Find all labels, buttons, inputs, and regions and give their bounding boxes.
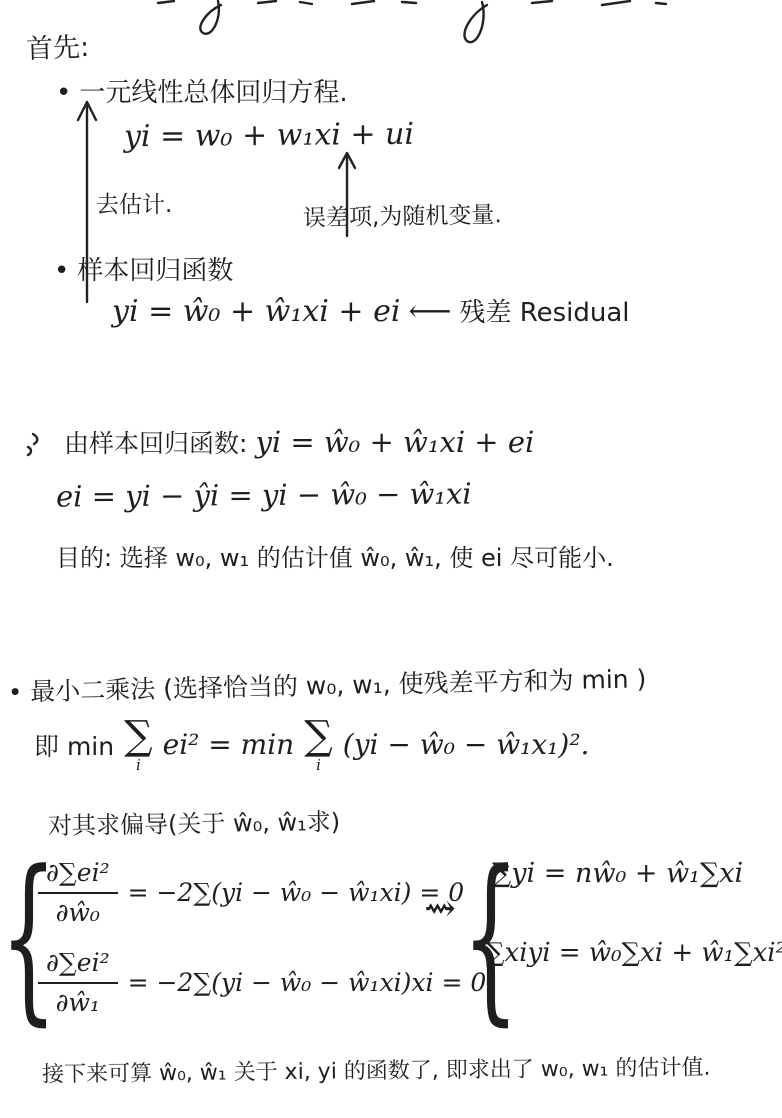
least-squares-heading: • 最小二乘法 (选择恰当的 w₀, w₁, 使残差平方和为 min )	[8, 659, 647, 708]
closing-remark: 接下来可算 ŵ₀, ŵ₁ 关于 xi, yi 的函数了, 即求出了 w₀, w₁…	[42, 1051, 711, 1089]
sigma-index: i	[136, 758, 141, 773]
section1-title: 一元线性总体回归方程.	[79, 72, 347, 109]
left-arrow-icon: ⟵	[408, 294, 451, 329]
min-tail: (yi − ŵ₀ − ŵ₁x₁)².	[343, 728, 590, 761]
fraction-numerator: ∂∑ei²	[38, 858, 118, 894]
cutoff-cursive-handwriting	[140, 0, 680, 50]
fraction-dw0: ∂∑ei² ∂ŵ₀	[38, 858, 118, 927]
section2-heading: • 样本回归函数	[54, 250, 233, 287]
residual-label: 残差 Residual	[459, 292, 629, 329]
normal-equation-2: ∑xiyi = ŵ₀∑xi + ŵ₁∑xi²	[486, 938, 782, 968]
min-prefix: 即 min	[34, 727, 114, 763]
sample-regression-equation: yi = ŵ₀ + ŵ₁xi + ei	[112, 294, 400, 329]
notes-page: 首先: • 一元线性总体回归方程. yi = w₀ + w₁xi + ui 去估…	[0, 0, 782, 1118]
partial-eq-w0-rhs: = −2∑(yi − ŵ₀ − ŵ₁xi) = 0	[128, 878, 465, 907]
population-regression-equation: yi = w₀ + w₁xi + ui	[124, 117, 414, 155]
fraction-dw1: ∂∑ei² ∂ŵ₁	[38, 948, 118, 1017]
partial-derivative-note: 对其求偏导(关于 ŵ₀, ŵ₁求)	[48, 802, 341, 841]
least-squares-title: 最小二乘法 (选择恰当的 w₀, w₁, 使残差平方和为 min )	[30, 659, 647, 708]
sample-regression-row: yi = ŵ₀ + ŵ₁xi + ei ⟵ 残差 Residual	[112, 292, 630, 329]
normal-equation-1: ∑yi = nŵ₀ + ŵ₁∑xi	[492, 858, 743, 889]
estimate-arrow-label: 去估计.	[96, 186, 172, 219]
partial-eq-w1-rhs: = −2∑(yi − ŵ₀ − ŵ₁xi)xi = 0	[128, 968, 487, 997]
first-heading: 首先:	[25, 25, 89, 66]
summation-with-index: ∑ i	[124, 716, 153, 773]
bullet-icon: •	[54, 256, 69, 286]
sigma-icon: ∑	[124, 716, 153, 756]
goal-line: 目的: 选择 w₀, w₁ 的估计值 ŵ₀, ŵ₁, 使 ei 尽可能小.	[56, 538, 614, 573]
error-arrow-label: 误差项,为随机变量.	[303, 196, 502, 232]
section2-title: 样本回归函数	[77, 250, 233, 287]
partial-eq-w1-row: ∂∑ei² ∂ŵ₁ = −2∑(yi − ŵ₀ − ŵ₁xi)xi = 0	[38, 948, 486, 1017]
min-sum-line: 即 min ∑ i ei² = min ∑ i (yi − ŵ₀ − ŵ₁x₁)…	[34, 716, 589, 773]
fraction-denominator: ∂ŵ₀	[56, 894, 100, 927]
fraction-denominator: ∂ŵ₁	[56, 984, 100, 1017]
bullet-icon: •	[56, 78, 71, 108]
sigma-icon: ∑	[304, 716, 333, 756]
bullet-icon: •	[8, 678, 23, 706]
sigma-index: i	[316, 758, 321, 773]
derivation-line1-prefix: 由样本回归函数:	[64, 424, 247, 460]
derivation-line1-equation: yi = ŵ₀ + ŵ₁xi + ei	[255, 425, 534, 459]
fraction-numerator: ∂∑ei²	[38, 948, 118, 984]
partial-eq-w0-row: ∂∑ei² ∂ŵ₀ = −2∑(yi − ŵ₀ − ŵ₁xi) = 0	[38, 858, 464, 927]
squiggle-arrow-icon: ⇝	[424, 886, 456, 930]
section-marker-squiggle	[24, 432, 42, 458]
min-mid: ei² = min	[163, 728, 295, 761]
summation-with-index: ∑ i	[304, 716, 333, 773]
derivation-line1: 由样本回归函数: yi = ŵ₀ + ŵ₁xi + ei	[64, 424, 534, 460]
residual-definition-equation: ei = yi − ŷi = yi − ŵ₀ − ŵ₁xi	[56, 477, 472, 514]
